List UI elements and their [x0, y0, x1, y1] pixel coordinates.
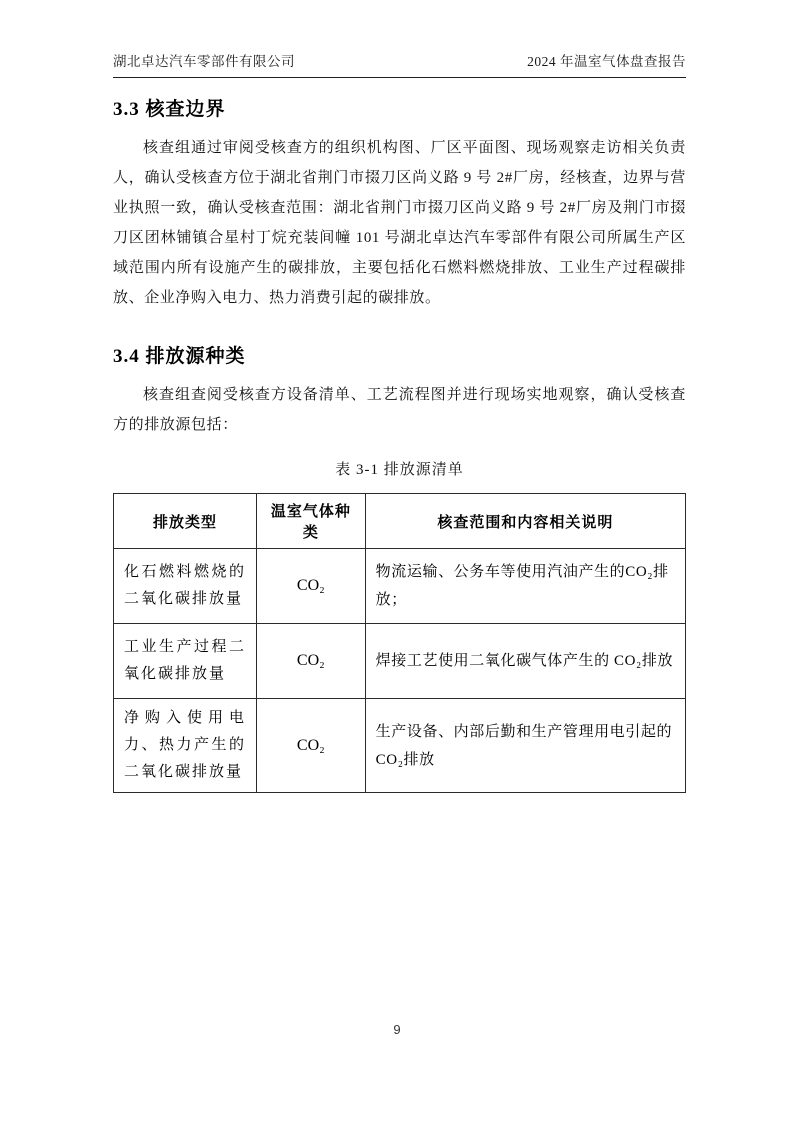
cell-description: 生产设备、内部后勤和生产管理用电引起的 CO₂排放 [365, 699, 685, 793]
page-number: 9 [0, 1022, 794, 1037]
cell-description: 物流运输、公务车等使用汽油产生的CO₂排放； [365, 549, 685, 624]
document-page: 湖北卓达汽车零部件有限公司 2024 年温室气体盘查报告 3.3 核查边界 核查… [0, 0, 794, 1123]
cell-description: 焊接工艺使用二氧化碳气体产生的 CO₂排放 [365, 624, 685, 699]
table-header-scope-description: 核查范围和内容相关说明 [365, 494, 685, 549]
section-title-3-3: 3.3 核查边界 [113, 94, 686, 121]
section-3-4-paragraph: 核查组查阅受核查方设备清单、工艺流程图并进行现场实地观察，确认受核查方的排放源包… [113, 380, 686, 440]
section-title-3-4: 3.4 排放源种类 [113, 341, 686, 368]
page-header: 湖北卓达汽车零部件有限公司 2024 年温室气体盘查报告 [113, 50, 686, 78]
cell-gas: CO₂ [257, 624, 366, 699]
table-caption: 表 3-1 排放源清单 [113, 458, 686, 479]
section-3-3-paragraph: 核查组通过审阅受核查方的组织机构图、厂区平面图、现场观察走访相关负责人，确认受核… [113, 133, 686, 313]
header-report-title: 2024 年温室气体盘查报告 [527, 50, 686, 70]
table-row: 化石燃料燃烧的二氧化碳排放量 CO₂ 物流运输、公务车等使用汽油产生的CO₂排放… [114, 549, 686, 624]
table-row: 净购入使用电力、热力产生的二氧化碳排放量 CO₂ 生产设备、内部后勤和生产管理用… [114, 699, 686, 793]
table-row: 工业生产过程二氧化碳排放量 CO₂ 焊接工艺使用二氧化碳气体产生的 CO₂排放 [114, 624, 686, 699]
table-header-emission-type: 排放类型 [114, 494, 257, 549]
table-header-row: 排放类型 温室气体种类 核查范围和内容相关说明 [114, 494, 686, 549]
emission-source-table: 排放类型 温室气体种类 核查范围和内容相关说明 化石燃料燃烧的二氧化碳排放量 C… [113, 493, 686, 793]
header-company-name: 湖北卓达汽车零部件有限公司 [113, 50, 295, 70]
cell-gas: CO₂ [257, 699, 366, 793]
cell-emission-type: 工业生产过程二氧化碳排放量 [114, 624, 257, 699]
cell-emission-type: 化石燃料燃烧的二氧化碳排放量 [114, 549, 257, 624]
cell-emission-type: 净购入使用电力、热力产生的二氧化碳排放量 [114, 699, 257, 793]
cell-gas: CO₂ [257, 549, 366, 624]
table-header-gas-type: 温室气体种类 [257, 494, 366, 549]
